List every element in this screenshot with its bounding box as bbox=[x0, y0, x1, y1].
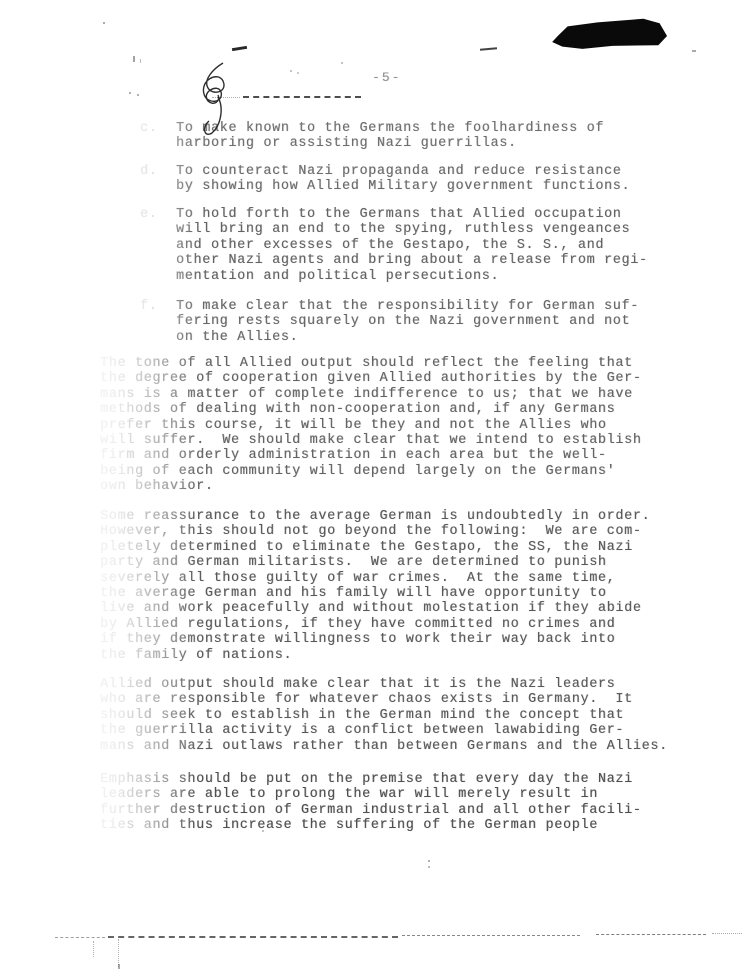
fold-line-segment bbox=[596, 934, 706, 935]
list-item-marker: c. bbox=[140, 121, 176, 152]
text-line: party and German militarists. We are det… bbox=[100, 555, 650, 570]
text-line: However, this should not go beyond the f… bbox=[100, 524, 650, 539]
list-item-marker: d. bbox=[140, 164, 176, 195]
text-line: mans is a matter of complete indifferenc… bbox=[100, 387, 642, 402]
text-line: prefer this course, it will be they and … bbox=[100, 418, 642, 433]
scan-speck bbox=[290, 70, 292, 72]
text-line: leaders are able to prolong the war will… bbox=[100, 787, 642, 802]
list-item-text: To counteract Nazi propaganda and reduce… bbox=[176, 164, 630, 195]
scan-speck bbox=[692, 50, 696, 52]
scan-speck bbox=[103, 22, 105, 24]
text-line: pletely determined to eliminate the Gest… bbox=[100, 540, 650, 555]
text-line: own behavior. bbox=[100, 479, 642, 494]
scan-speck bbox=[341, 62, 343, 64]
text-line: further destruction of German industrial… bbox=[100, 803, 642, 818]
text-line: if they demonstrate willingness to work … bbox=[100, 632, 650, 647]
text-line: firm and orderly administration in each … bbox=[100, 448, 642, 463]
text-line: fering rests squarely on the Nazi govern… bbox=[176, 314, 639, 329]
text-line: To counteract Nazi propaganda and reduce… bbox=[176, 164, 630, 179]
text-line: who are responsible for whatever chaos e… bbox=[100, 692, 668, 707]
text-line: by Allied regulations, if they have comm… bbox=[100, 617, 650, 632]
handwritten-mark bbox=[175, 50, 270, 150]
list-item: d. To counteract Nazi propaganda and red… bbox=[140, 164, 630, 195]
text-line: Emphasis should be put on the premise th… bbox=[100, 772, 642, 787]
list-item-marker: e. bbox=[140, 207, 176, 284]
text-line: the degree of cooperation given Allied a… bbox=[100, 371, 642, 386]
text-line: the guerrilla activity is a conflict bet… bbox=[100, 723, 668, 738]
scan-speck bbox=[480, 47, 497, 50]
text-line: methods of dealing with non-cooperation … bbox=[100, 402, 642, 417]
text-line: and other excesses of the Gestapo, the S… bbox=[176, 238, 648, 253]
text-line: To hold forth to the Germans that Allied… bbox=[176, 207, 648, 222]
scan-speck bbox=[118, 964, 120, 969]
redaction-mark bbox=[548, 18, 678, 58]
text-line: on the Allies. bbox=[176, 330, 639, 345]
text-line: ties and thus increase the suffering of … bbox=[100, 818, 642, 833]
text-line: the average German and his family will h… bbox=[100, 586, 650, 601]
list-item-text: To hold forth to the Germans that Allied… bbox=[176, 207, 648, 284]
text-line: will bring an end to the spying, ruthles… bbox=[176, 222, 648, 237]
text-line: Allied output should make clear that it … bbox=[100, 677, 668, 692]
fold-tick bbox=[93, 941, 94, 957]
list-item: f. To make clear that the responsibility… bbox=[140, 299, 639, 345]
text-line: should seek to establish in the German m… bbox=[100, 708, 668, 723]
text-line: will suffer. We should make clear that w… bbox=[100, 433, 642, 448]
paragraph: Emphasis should be put on the premise th… bbox=[100, 772, 642, 834]
paragraph: Some reassurance to the average German i… bbox=[100, 509, 650, 663]
text-line: mentation and political persecutions. bbox=[176, 269, 648, 284]
fold-line-segment bbox=[402, 935, 580, 936]
scan-speck bbox=[129, 92, 131, 94]
text-line: live and work peacefully and without mol… bbox=[100, 601, 650, 616]
text-line: mans and Nazi outlaws rather than betwee… bbox=[100, 739, 668, 754]
paragraph: The tone of all Allied output should ref… bbox=[100, 356, 642, 495]
scan-speck bbox=[428, 866, 430, 868]
scan-speck bbox=[297, 72, 299, 74]
scan-speck bbox=[428, 860, 430, 862]
text-line: The tone of all Allied output should ref… bbox=[100, 356, 642, 371]
text-line: other Nazi agents and bring about a rele… bbox=[176, 253, 648, 268]
text-line: being of each community will depend larg… bbox=[100, 464, 642, 479]
fold-tick bbox=[118, 939, 119, 967]
scanned-document-page: -5- c. To make known to the Germans the … bbox=[0, 0, 750, 972]
list-item-text: To make clear that the responsibility fo… bbox=[176, 299, 639, 345]
paragraph: Allied output should make clear that it … bbox=[100, 677, 668, 754]
list-item-marker: f. bbox=[140, 299, 176, 345]
list-item: e. To hold forth to the Germans that All… bbox=[140, 207, 648, 284]
scan-speck bbox=[133, 56, 135, 62]
fold-line-segment bbox=[712, 933, 742, 934]
text-line: by showing how Allied Military governmen… bbox=[176, 179, 630, 194]
scan-speck bbox=[140, 59, 141, 63]
fold-line-segment bbox=[108, 936, 398, 938]
text-line: severely all those guilty of war crimes.… bbox=[100, 571, 650, 586]
text-line: Some reassurance to the average German i… bbox=[100, 509, 650, 524]
fold-line-segment bbox=[55, 937, 105, 938]
page-number: -5- bbox=[372, 70, 401, 85]
scan-speck bbox=[137, 94, 139, 96]
text-line: To make clear that the responsibility fo… bbox=[176, 299, 639, 314]
text-line: the family of nations. bbox=[100, 648, 650, 663]
